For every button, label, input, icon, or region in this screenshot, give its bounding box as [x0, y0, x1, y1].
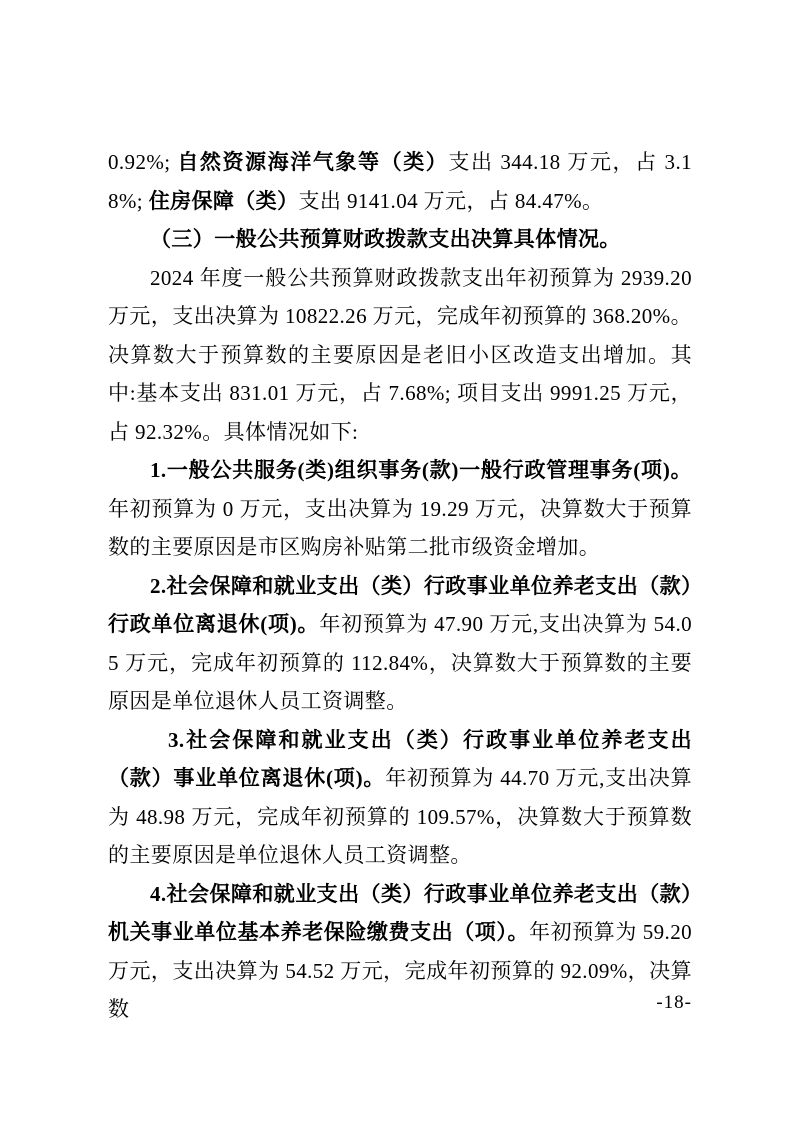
text-run-bold: 住房保障（类）	[149, 189, 299, 213]
page-content: 0.92%; 自然资源海洋气象等（类）支出 344.18 万元，占 3.18%;…	[108, 143, 692, 1029]
text-run-bold: 自然资源海洋气象等（类）	[177, 150, 448, 174]
text-run: 0.92%;	[108, 150, 177, 174]
page-number: -18-	[656, 992, 692, 1014]
section-heading: （三）一般公共预算财政拨款支出决算具体情况。	[108, 220, 692, 259]
paragraph-overview: 2024 年度一般公共预算财政拨款支出年初预算为 2939.20 万元，支出决算…	[108, 259, 692, 452]
paragraph-carryover: 0.92%; 自然资源海洋气象等（类）支出 344.18 万元，占 3.18%;…	[108, 143, 692, 220]
budget-item-1-title: 1.一般公共服务(类)组织事务(款)一般行政管理事务(项)。	[150, 458, 692, 482]
budget-item-1: 1.一般公共服务(类)组织事务(款)一般行政管理事务(项)。年初预算为 0 万元…	[108, 451, 692, 567]
budget-item-1-body: 年初预算为 0 万元，支出决算为 19.29 万元，决算数大于预算数的主要原因是…	[108, 497, 692, 560]
budget-item-2: 2.社会保障和就业支出（类）行政事业单位养老支出（款）行政单位离退休(项)。年初…	[108, 567, 692, 721]
document-page: 0.92%; 自然资源海洋气象等（类）支出 344.18 万元，占 3.18%;…	[0, 0, 793, 1122]
budget-item-3: 3.社会保障和就业支出（类）行政事业单位养老支出（款）事业单位离退休(项)。年初…	[108, 721, 692, 875]
text-run: 支出 9141.04 万元，占 84.47%。	[299, 189, 604, 213]
budget-item-4: 4.社会保障和就业支出（类）行政事业单位养老支出（款）机关事业单位基本养老保险缴…	[108, 875, 692, 1029]
